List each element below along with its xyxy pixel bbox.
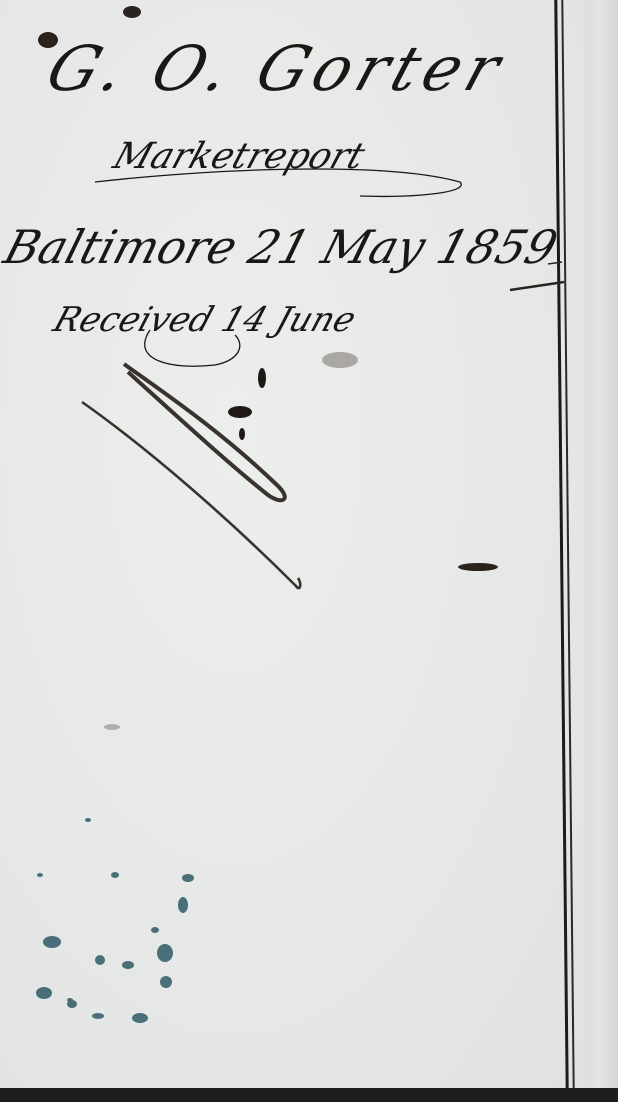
stamp-icon	[0, 0, 618, 1102]
